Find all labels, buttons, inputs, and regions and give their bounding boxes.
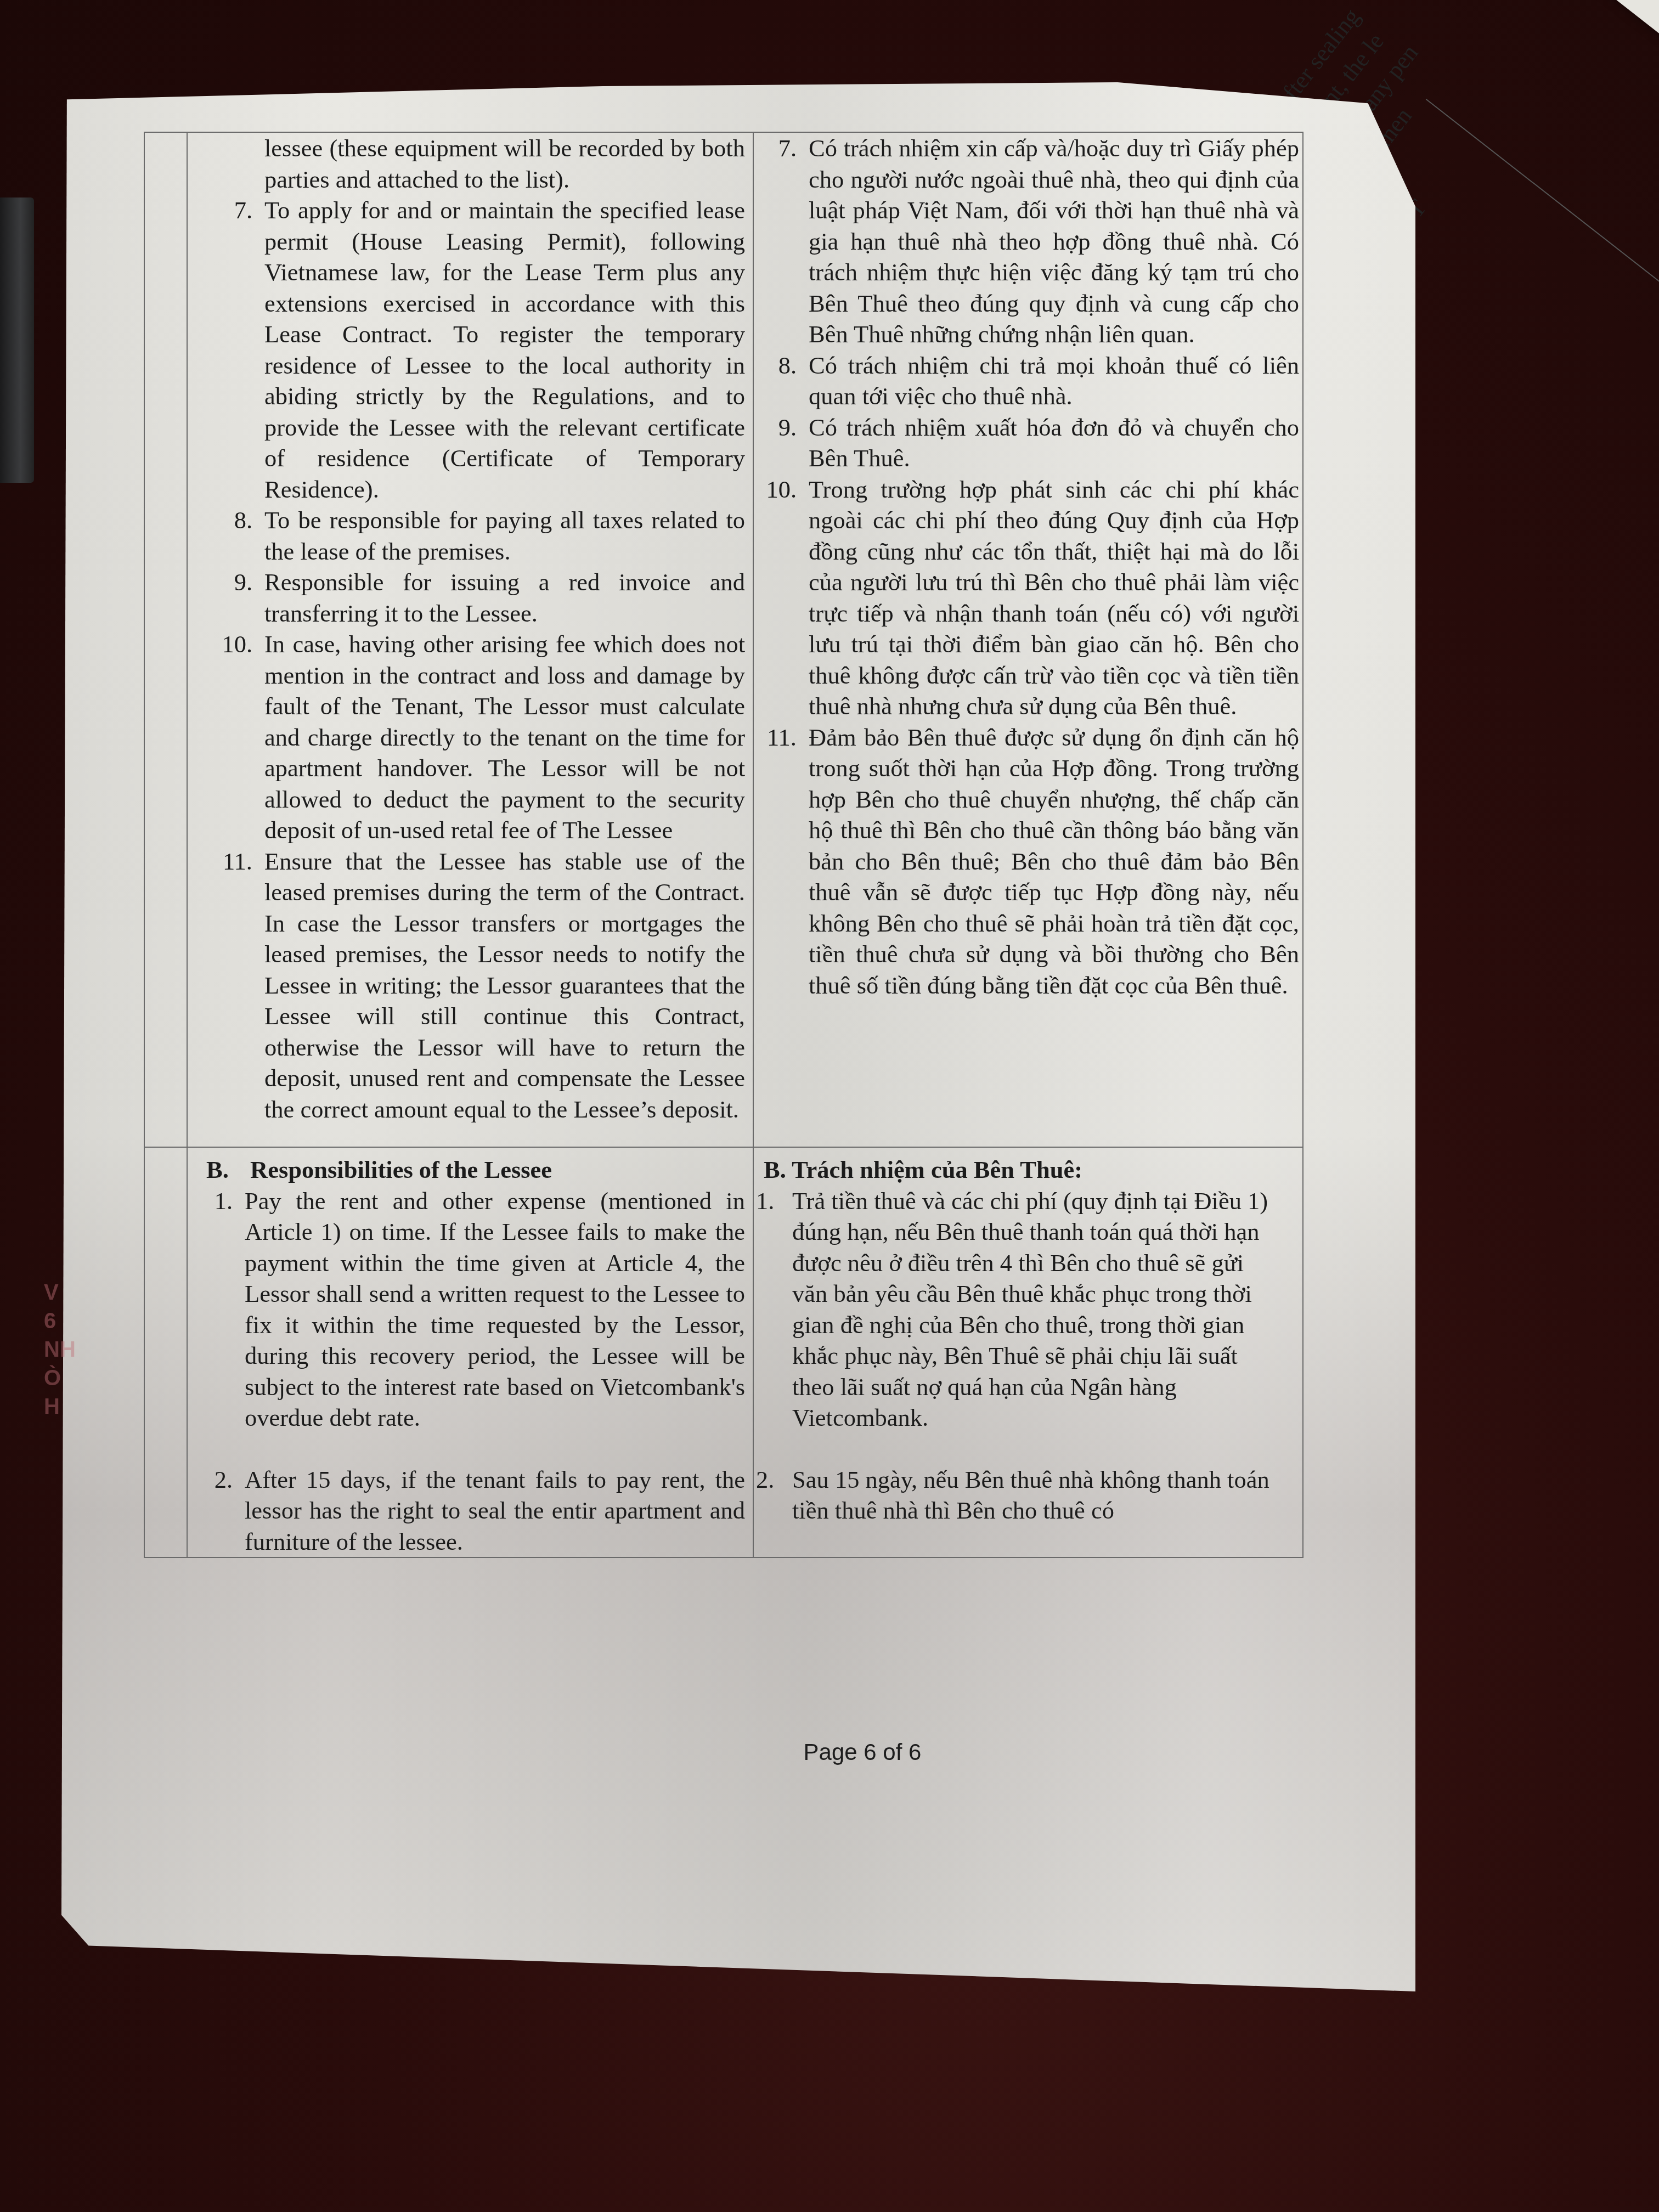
item-text: To be responsible for paying all taxes r… [264,505,745,567]
lessee-item-1-vi: 1. Trả tiền thuê và các chi phí (quy địn… [756,1186,1299,1464]
item-number: 8. [188,505,264,567]
stamp-glyph: 6 [44,1307,88,1335]
item-number: 9. [188,567,264,629]
item-text: After 15 days, if the tenant fails to pa… [245,1464,745,1558]
item-number: 10. [759,474,809,722]
heading-text: Responsibilities of the Lessee [250,1154,745,1186]
item-text: Ensure that the Lessee has stable use of… [264,846,745,1125]
item-text: Đảm bảo Bên thuê được sử dụng ổn định că… [809,722,1299,1001]
item-text: Responsible for issuing a red invoice an… [264,567,745,629]
table-gutter-column [145,1148,188,1557]
page-number-footer: Page 6 of 6 [0,1739,1659,1765]
item-text: Có trách nhiệm xin cấp và/hoặc duy trì G… [809,133,1299,350]
item-text: Có trách nhiệm xuất hóa đơn đỏ và chuyển… [809,412,1299,474]
lessee-item-1-en: 1. Pay the rent and other expense (menti… [188,1186,745,1464]
lessee-item-2-en: 2. After 15 days, if the tenant fails to… [188,1464,745,1558]
item-text: Có trách nhiệm chi trả mọi khoản thuế có… [809,350,1299,412]
section-b-row: B. Responsibilities of the Lessee 1. Pay… [145,1147,1302,1557]
lessor-item-10-vi: 10. Trong trường hợp phát sinh các chi p… [759,474,1299,722]
lessor-item-8-en: 8. To be responsible for paying all taxe… [188,505,745,567]
item-text: Pay the rent and other expense (mentione… [245,1186,745,1434]
item-number: 1. [756,1186,792,1434]
lessor-item-9-en: 9. Responsible for issuing a red invoice… [188,567,745,629]
item-text: To apply for and or maintain the specifi… [264,195,745,505]
stamp-glyph: NH [44,1335,88,1364]
item-text: Trả tiền thuê và các chi phí (quy định t… [792,1186,1299,1434]
item-number: 11. [759,722,809,1001]
stamp-glyph: Ò [44,1364,88,1392]
lessor-item-8-vi: 8. Có trách nhiệm chi trả mọi khoản thuế… [759,350,1299,412]
table-gutter-column [145,133,188,1147]
stamp-glyph: V [44,1278,88,1307]
lessor-item-10-en: 10. In case, having other arising fee wh… [188,629,745,846]
item-number: 2. [188,1464,245,1558]
item-text: Trong trường hợp phát sinh các chi phí k… [809,474,1299,722]
stamp-glyph: H [44,1392,88,1421]
item-text: Sau 15 ngày, nếu Bên thuê nhà không than… [792,1464,1299,1526]
dark-object-left-edge [0,198,34,483]
lessor-item-9-vi: 9. Có trách nhiệm xuất hóa đơn đỏ và chu… [759,412,1299,474]
item-number: 8. [759,350,809,412]
item-number: 7. [759,133,809,350]
lessee-responsibilities-heading-en: B. Responsibilities of the Lessee [188,1154,745,1186]
item-number: 7. [188,195,264,505]
item-6-continuation: lessee (these equipment will be recorded… [188,133,745,195]
red-margin-stamp: V 6 NH Ò H [44,1278,88,1421]
lessor-item-7-en: 7. To apply for and or maintain the spec… [188,195,745,505]
item-number: 11. [188,846,264,1125]
heading-letter: B. [206,1154,250,1186]
bilingual-contract-table: lessee (these equipment will be recorded… [144,132,1304,1558]
english-column: B. Responsibilities of the Lessee 1. Pay… [188,1148,754,1557]
section-a-row: lessee (these equipment will be recorded… [145,133,1302,1147]
item-number: 10. [188,629,264,846]
lessor-item-7-vi: 7. Có trách nhiệm xin cấp và/hoặc duy tr… [759,133,1299,350]
lessee-responsibilities-heading-vi: B. Trách nhiệm của Bên Thuê: [756,1154,1299,1186]
item-number: 1. [188,1186,245,1434]
english-column: lessee (these equipment will be recorded… [188,133,754,1147]
lessee-item-2-vi: 2. Sau 15 ngày, nếu Bên thuê nhà không t… [756,1464,1299,1526]
vietnamese-column: B. Trách nhiệm của Bên Thuê: 1. Trả tiền… [754,1148,1302,1557]
vietnamese-column: 7. Có trách nhiệm xin cấp và/hoặc duy tr… [754,133,1302,1147]
item-number: 2. [756,1464,792,1526]
lessor-item-11-vi: 11. Đảm bảo Bên thuê được sử dụng ổn địn… [759,722,1299,1001]
item-text: In case, having other arising fee which … [264,629,745,846]
item-number: 9. [759,412,809,474]
lessor-item-11-en: 11. Ensure that the Lessee has stable us… [188,846,745,1147]
